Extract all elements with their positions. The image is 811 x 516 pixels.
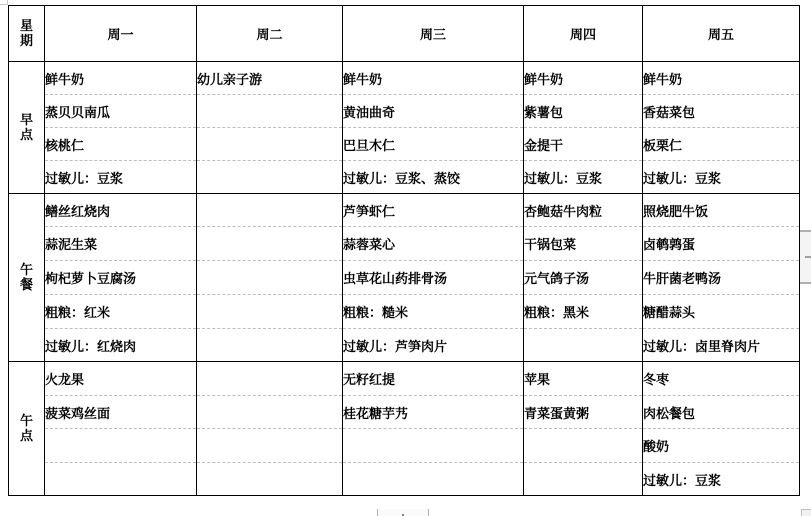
table-row: 酸奶 bbox=[9, 429, 800, 463]
menu-cell bbox=[45, 429, 197, 463]
menu-cell: 冬枣 bbox=[643, 362, 800, 396]
menu-cell: 芦笋虾仁 bbox=[343, 194, 524, 227]
allergy-cell bbox=[524, 329, 643, 362]
menu-cell bbox=[343, 429, 524, 463]
menu-cell: 牛肝菌老鸭汤 bbox=[643, 261, 800, 295]
menu-cell: 无籽红提 bbox=[343, 362, 524, 396]
table-row: 过敏儿：豆浆 过敏儿：豆浆、蒸饺 过敏儿：豆浆 过敏儿：豆浆 bbox=[9, 161, 800, 194]
menu-cell: 卤鹌鹑蛋 bbox=[643, 227, 800, 261]
table-row: 午点 火龙果 无籽红提 苹果 冬枣 bbox=[9, 362, 800, 396]
menu-cell: 杏鲍菇牛肉粒 bbox=[524, 194, 643, 227]
menu-cell bbox=[197, 261, 343, 295]
menu-cell bbox=[343, 463, 524, 496]
menu-cell: 糖醋蒜头 bbox=[643, 295, 800, 329]
menu-cell: 黄油曲奇 bbox=[343, 95, 524, 128]
section-label-lunch: 午餐 bbox=[9, 194, 45, 362]
allergy-cell bbox=[197, 329, 343, 362]
page-corner-mark-bottom bbox=[801, 509, 811, 516]
menu-cell: 粗粮：黑米 bbox=[524, 295, 643, 329]
menu-cell bbox=[197, 463, 343, 496]
allergy-cell: 过敏儿：芦笋肉片 bbox=[343, 329, 524, 362]
menu-cell: 粗粮：红米 bbox=[45, 295, 197, 329]
section-label-afternoon-snack: 午点 bbox=[9, 362, 45, 496]
menu-cell: 鲜牛奶 bbox=[524, 62, 643, 95]
side-scroll-handle[interactable] bbox=[800, 230, 811, 284]
menu-cell: 板栗仁 bbox=[643, 128, 800, 161]
menu-cell: 青菜蛋黄粥 bbox=[524, 396, 643, 429]
allergy-cell: 过敏儿：豆浆 bbox=[524, 161, 643, 194]
section-label-breakfast: 早点 bbox=[9, 62, 45, 194]
menu-cell bbox=[197, 227, 343, 261]
table-row: 早点 鲜牛奶 幼儿亲子游 鲜牛奶 鲜牛奶 鲜牛奶 bbox=[9, 62, 800, 95]
menu-cell bbox=[197, 128, 343, 161]
menu-cell bbox=[197, 95, 343, 128]
table-row: 粗粮：红米 粗粮：糙米 粗粮：黑米 糖醋蒜头 bbox=[9, 295, 800, 329]
allergy-cell: 过敏儿：豆浆 bbox=[643, 161, 800, 194]
allergy-cell: 过敏儿：豆浆 bbox=[643, 463, 800, 496]
table-row: 核桃仁 巴旦木仁 金提干 板栗仁 bbox=[9, 128, 800, 161]
menu-cell bbox=[197, 429, 343, 463]
menu-cell: 枸杞萝卜豆腐汤 bbox=[45, 261, 197, 295]
menu-cell: 火龙果 bbox=[45, 362, 197, 396]
table-row: 午餐 鳝丝红烧肉 芦笋虾仁 杏鲍菇牛肉粒 照烧肥牛饭 bbox=[9, 194, 800, 227]
day-header-thu: 周四 bbox=[524, 6, 643, 62]
allergy-cell: 过敏儿：豆浆 bbox=[45, 161, 197, 194]
bottom-scroll-handle[interactable] bbox=[377, 509, 429, 516]
allergy-cell: 过敏儿：红烧肉 bbox=[45, 329, 197, 362]
menu-cell bbox=[197, 396, 343, 429]
menu-cell: 元气鸽子汤 bbox=[524, 261, 643, 295]
table-row: 枸杞萝卜豆腐汤 虫草花山药排骨汤 元气鸽子汤 牛肝菌老鸭汤 bbox=[9, 261, 800, 295]
day-header-mon: 周一 bbox=[45, 6, 197, 62]
page-corner-mark bbox=[0, 0, 8, 5]
menu-cell: 幼儿亲子游 bbox=[197, 62, 343, 95]
menu-cell: 鲜牛奶 bbox=[643, 62, 800, 95]
day-header-fri: 周五 bbox=[643, 6, 800, 62]
table-row: 过敏儿：红烧肉 过敏儿：芦笋肉片 过敏儿：卤里脊肉片 bbox=[9, 329, 800, 362]
menu-cell: 香菇菜包 bbox=[643, 95, 800, 128]
menu-cell: 蒸贝贝南瓜 bbox=[45, 95, 197, 128]
menu-cell: 鳝丝红烧肉 bbox=[45, 194, 197, 227]
menu-cell bbox=[524, 463, 643, 496]
allergy-cell bbox=[197, 161, 343, 194]
menu-cell: 酸奶 bbox=[643, 429, 800, 463]
allergy-cell: 过敏儿：卤里脊肉片 bbox=[643, 329, 800, 362]
menu-cell: 核桃仁 bbox=[45, 128, 197, 161]
menu-cell: 蒜泥生菜 bbox=[45, 227, 197, 261]
menu-cell: 肉松餐包 bbox=[643, 396, 800, 429]
table-row: 菠菜鸡丝面 桂花糖芋艿 青菜蛋黄粥 肉松餐包 bbox=[9, 396, 800, 429]
menu-cell: 粗粮：糙米 bbox=[343, 295, 524, 329]
menu-cell: 金提干 bbox=[524, 128, 643, 161]
menu-cell: 鲜牛奶 bbox=[45, 62, 197, 95]
menu-cell: 菠菜鸡丝面 bbox=[45, 396, 197, 429]
menu-cell: 巴旦木仁 bbox=[343, 128, 524, 161]
day-header-tue: 周二 bbox=[197, 6, 343, 62]
handle-grip-icon bbox=[805, 256, 811, 258]
table-row: 蒜泥生菜 蒜蓉菜心 干锅包菜 卤鹌鹑蛋 bbox=[9, 227, 800, 261]
menu-cell: 蒜蓉菜心 bbox=[343, 227, 524, 261]
menu-cell bbox=[197, 295, 343, 329]
menu-cell: 虫草花山药排骨汤 bbox=[343, 261, 524, 295]
weekday-header-cell: 星期 bbox=[9, 6, 45, 62]
header-row: 星期 周一 周二 周三 周四 周五 bbox=[9, 6, 800, 62]
table-row: 过敏儿：豆浆 bbox=[9, 463, 800, 496]
menu-cell: 苹果 bbox=[524, 362, 643, 396]
weekly-menu-table: 星期 周一 周二 周三 周四 周五 早点 鲜牛奶 幼儿亲子游 鲜牛奶 鲜牛奶 鲜… bbox=[8, 5, 800, 496]
menu-cell: 干锅包菜 bbox=[524, 227, 643, 261]
menu-cell: 照烧肥牛饭 bbox=[643, 194, 800, 227]
weekday-header-label: 星期 bbox=[20, 19, 34, 49]
day-header-wed: 周三 bbox=[343, 6, 524, 62]
menu-cell bbox=[197, 194, 343, 227]
menu-cell: 桂花糖芋艿 bbox=[343, 396, 524, 429]
menu-cell: 鲜牛奶 bbox=[343, 62, 524, 95]
menu-cell bbox=[524, 429, 643, 463]
table-row: 蒸贝贝南瓜 黄油曲奇 紫薯包 香菇菜包 bbox=[9, 95, 800, 128]
allergy-cell: 过敏儿：豆浆、蒸饺 bbox=[343, 161, 524, 194]
menu-cell bbox=[197, 362, 343, 396]
menu-cell bbox=[45, 463, 197, 496]
menu-cell: 紫薯包 bbox=[524, 95, 643, 128]
